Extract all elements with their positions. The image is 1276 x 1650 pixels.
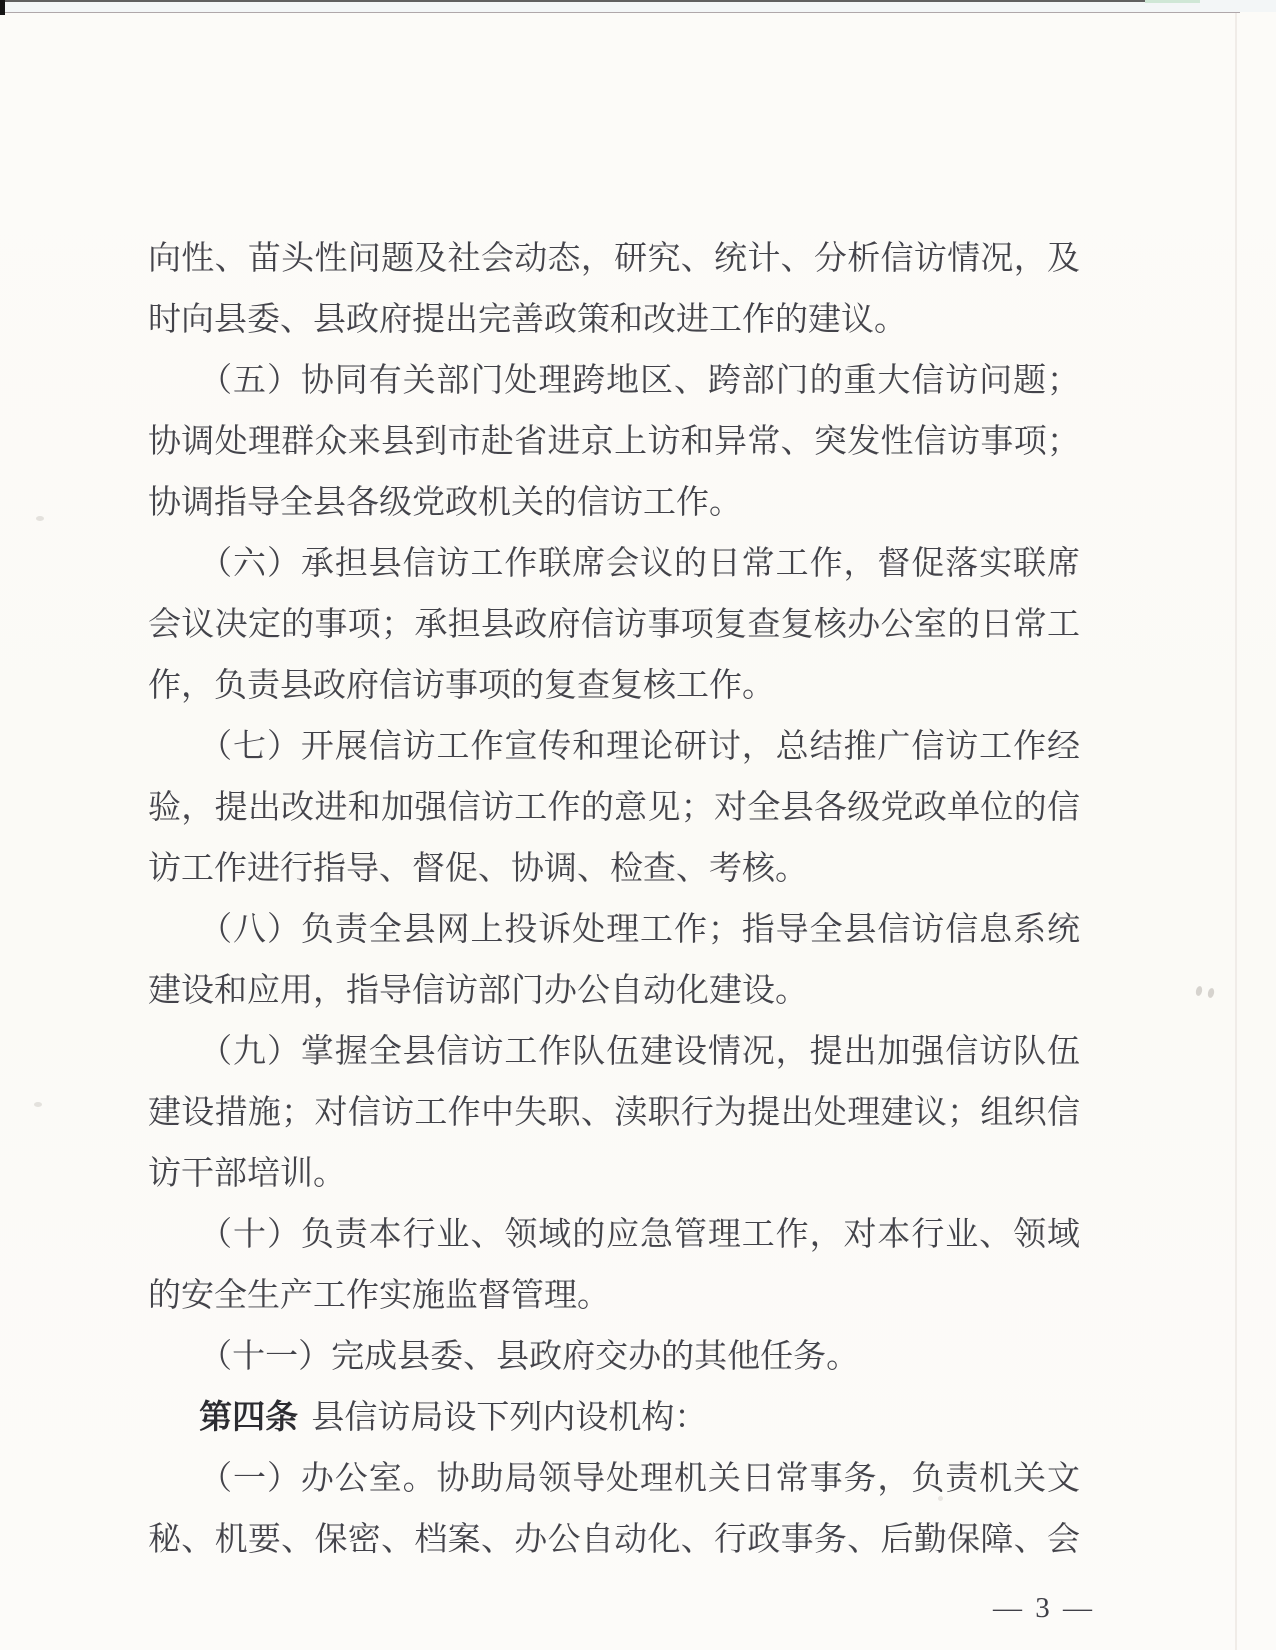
text-line: （十）负责本行业、领域的应急管理工作，对本行业、领域 (148, 1205, 1080, 1266)
paragraph: 向性、苗头性问题及社会动态，研究、统计、分析信访情况，及 时向县委、县政府提出完… (148, 229, 1080, 351)
text-line: （一）办公室。协助局领导处理机关日常事务，负责机关文 (148, 1449, 1080, 1510)
text-line: 第四条县信访局设下列内设机构： (148, 1388, 1080, 1449)
scan-artifact-paper-edge (1235, 13, 1237, 1650)
text-line: 秘、机要、保密、档案、办公自动化、行政事务、后勤保障、会 (148, 1510, 1080, 1571)
page-number: — 3 — (993, 1592, 1095, 1625)
paragraph: （十一）完成县委、县政府交办的其他任务。 (148, 1327, 1080, 1388)
document-body: 向性、苗头性问题及社会动态，研究、统计、分析信访情况，及 时向县委、县政府提出完… (148, 229, 1080, 1571)
text-line: 访工作进行指导、督促、协调、检查、考核。 (148, 839, 1080, 900)
paragraph: （五）协同有关部门处理跨地区、跨部门的重大信访问题； 协调处理群众来县到市赴省进… (148, 351, 1080, 534)
text-line: 作，负责县政府信访事项的复查复核工作。 (148, 656, 1080, 717)
paragraph: 第四条县信访局设下列内设机构： (148, 1388, 1080, 1449)
scan-artifact-speck (36, 516, 44, 521)
text-line: （九）掌握全县信访工作队伍建设情况，提出加强信访队伍 (148, 1022, 1080, 1083)
text-line: 访干部培训。 (148, 1144, 1080, 1205)
scan-artifact-top-edge (0, 0, 1145, 2)
text-line: 向性、苗头性问题及社会动态，研究、统计、分析信访情况，及 (148, 229, 1080, 290)
text-line: 协调指导全县各级党政机关的信访工作。 (148, 473, 1080, 534)
article-number-label: 第四条 (199, 1400, 298, 1436)
article-text: 县信访局设下列内设机构： (311, 1400, 707, 1436)
document-page: 向性、苗头性问题及社会动态，研究、统计、分析信访情况，及 时向县委、县政府提出完… (0, 0, 1276, 1650)
text-line: 建设和应用，指导信访部门办公自动化建设。 (148, 961, 1080, 1022)
paragraph: （七）开展信访工作宣传和理论研讨，总结推广信访工作经 验，提出改进和加强信访工作… (148, 717, 1080, 900)
text-line: 的安全生产工作实施监督管理。 (148, 1266, 1080, 1327)
paragraph: （一）办公室。协助局领导处理机关日常事务，负责机关文 秘、机要、保密、档案、办公… (148, 1449, 1080, 1571)
text-line: 时向县委、县政府提出完善政策和改进工作的建议。 (148, 290, 1080, 351)
scan-artifact-speck (1207, 987, 1215, 998)
text-line: 协调处理群众来县到市赴省进京上访和异常、突发性信访事项； (148, 412, 1080, 473)
text-line: （七）开展信访工作宣传和理论研讨，总结推广信访工作经 (148, 717, 1080, 778)
paragraph: （九）掌握全县信访工作队伍建设情况，提出加强信访队伍 建设措施；对信访工作中失职… (148, 1022, 1080, 1205)
text-line: （八）负责全县网上投诉处理工作；指导全县信访信息系统 (148, 900, 1080, 961)
paragraph: （六）承担县信访工作联席会议的日常工作，督促落实联席 会议决定的事项；承担县政府… (148, 534, 1080, 717)
scan-artifact-speck (1195, 985, 1203, 996)
text-line: 会议决定的事项；承担县政府信访事项复查复核办公室的日常工 (148, 595, 1080, 656)
paragraph: （八）负责全县网上投诉处理工作；指导全县信访信息系统 建设和应用，指导信访部门办… (148, 900, 1080, 1022)
text-line: 建设措施；对信访工作中失职、渎职行为提出处理建议；组织信 (148, 1083, 1080, 1144)
scan-artifact-speck (34, 1102, 42, 1107)
scan-artifact-top-edge-tint (1145, 0, 1200, 3)
scan-artifact-corner-mark (0, 0, 5, 15)
text-line: 验，提出改进和加强信访工作的意见；对全县各级党政单位的信 (148, 778, 1080, 839)
text-line: （十一）完成县委、县政府交办的其他任务。 (148, 1327, 1080, 1388)
text-line: （五）协同有关部门处理跨地区、跨部门的重大信访问题； (148, 351, 1080, 412)
paragraph: （十）负责本行业、领域的应急管理工作，对本行业、领域 的安全生产工作实施监督管理… (148, 1205, 1080, 1327)
text-line: （六）承担县信访工作联席会议的日常工作，督促落实联席 (148, 534, 1080, 595)
scan-artifact-scanner-line (0, 12, 1240, 13)
